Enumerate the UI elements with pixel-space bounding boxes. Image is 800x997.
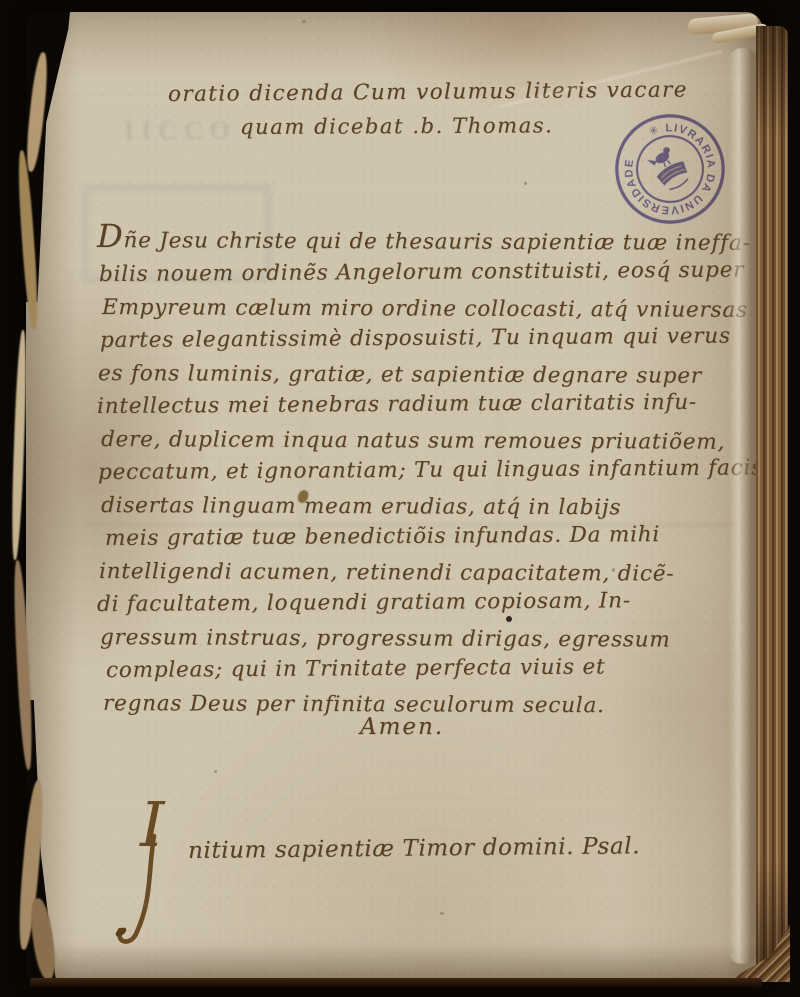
ink-dot-spot [506,616,512,622]
library-stamp: ✳ LIVRARIA DA UNIVERSIDADE [591,90,749,248]
body-line: dere, duplicem inqua natus sum remoues p… [101,427,725,455]
bottom-board-edge [30,978,762,987]
body-line: regnas Deus per infinita seculorum secul… [103,691,605,718]
speck [440,912,444,915]
body-line: bilis nouem ordinẽs Angelorum constituis… [99,257,744,287]
speck [214,770,217,773]
showthrough-text: IICCO [124,116,237,146]
body-line: compleas; qui in Trinitate perfecta viui… [106,655,606,683]
body-line: es fons luminis, gratiæ, et sapientiæ de… [98,361,702,389]
curled-edge-highlight [728,48,758,964]
bird-book-icon [646,143,693,194]
initial-D: D [97,217,124,255]
speck [612,568,615,572]
initial-I-flourish: I [110,784,210,956]
heading-line-2: quam dicebat .b. Thomas. [240,113,554,139]
body-line: intelligendi acumen, retinendi capacitat… [99,559,674,587]
page-stack-fore-edge [756,26,788,974]
body-line: peccatum, et ignorantiam; Tu qui linguas… [98,455,763,485]
body-line: disertas linguam meam erudias, atq́ in l… [101,493,621,520]
heading-line-1: oratio dicenda Cum volumus literis vacar… [168,77,688,107]
manuscript-page: IICCO oratio dicenda Cum volumus literis… [26,12,762,982]
body-line: Empyreum cælum miro ordine collocasti, a… [102,295,748,323]
body-line: partes elegantissimè disposuisti, Tu inq… [100,324,731,353]
body-line: di facultatem, loquendi gratiam copiosam… [97,588,631,617]
body-line: gressum instruas, progressum dirigas, eg… [100,625,671,652]
body-line: intellectus mei tenebras radium tuæ clar… [97,390,697,419]
crease-line [86,524,736,527]
speck [524,182,527,185]
amen-text: Amen. [360,714,444,740]
footer-motto: nitium sapientiæ Timor domini. Psal. [188,833,640,864]
speck [302,20,306,23]
body-line: Dñe Jesu christe qui de thesauris sapien… [97,228,751,256]
